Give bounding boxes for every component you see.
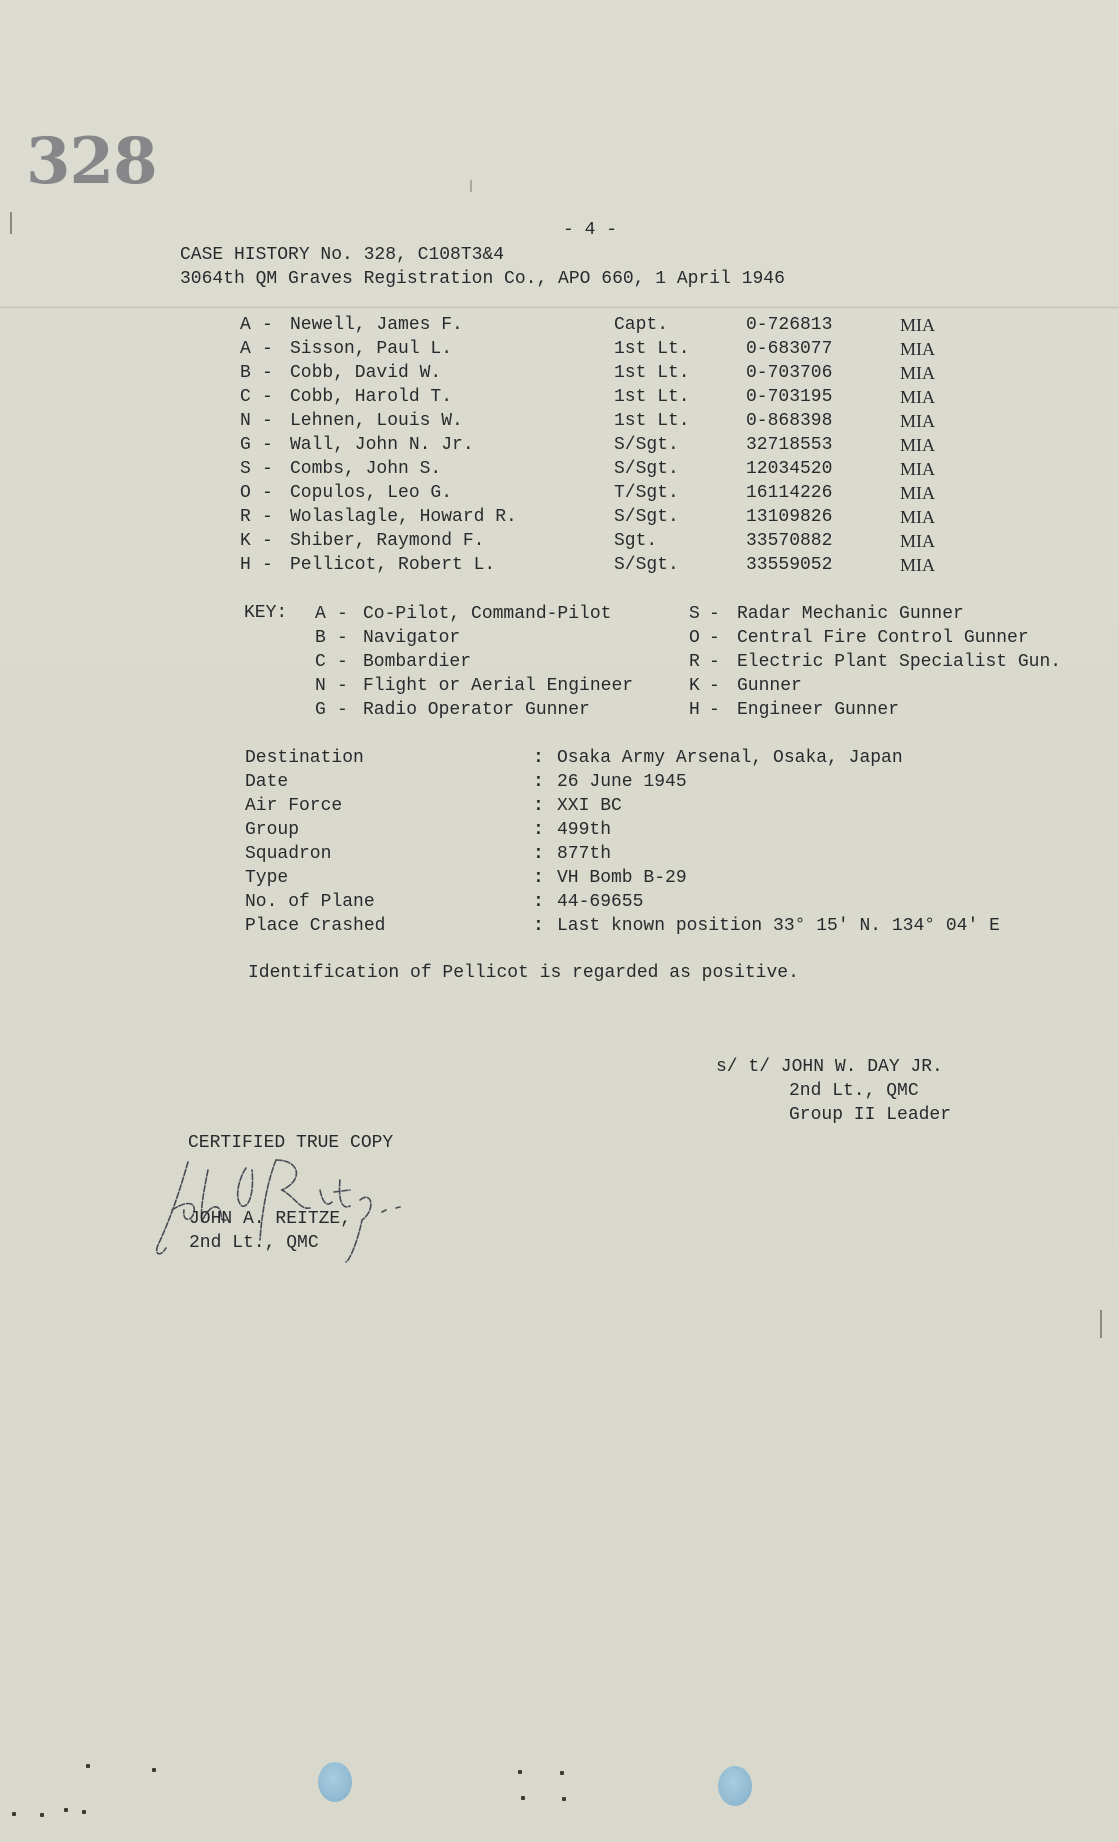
crew-rank: 1st Lt. (614, 387, 690, 407)
dash: - (262, 315, 273, 335)
crew-rank: 1st Lt. (614, 363, 690, 383)
crew-row: H- Pellicot, Robert L. S/Sgt. 33559052 M… (240, 555, 960, 579)
dash: - (262, 411, 273, 431)
crew-name: Wolaslagle, Howard R. (290, 507, 517, 527)
key-desc: Bombardier (363, 652, 471, 672)
paper-speck (521, 1796, 525, 1800)
crew-name: Combs, John S. (290, 459, 441, 479)
crew-serial: 0-703706 (746, 363, 832, 383)
crew-role-code: C (240, 387, 251, 407)
detail-separator: : (533, 892, 544, 912)
dash: - (262, 555, 273, 575)
dash: - (337, 628, 348, 648)
key-label: KEY: (244, 604, 287, 622)
paper-speck (518, 1770, 522, 1774)
key-desc: Radar Mechanic Gunner (737, 604, 964, 624)
paper-speck (86, 1764, 90, 1768)
paper-speck (82, 1810, 86, 1814)
page-number: - 4 - (563, 221, 617, 239)
crew-rank: S/Sgt. (614, 459, 679, 479)
key-desc: Engineer Gunner (737, 700, 899, 720)
key-item: G-Radio Operator Gunner (315, 700, 337, 740)
crew-name: Cobb, Harold T. (290, 387, 452, 407)
crew-role-code: R (240, 507, 251, 527)
crew-role-code: G (240, 435, 251, 455)
crew-row: O- Copulos, Leo G. T/Sgt. 16114226 MIA (240, 483, 960, 507)
detail-row-squadron: Squadron : 877th (245, 844, 1065, 868)
key-code: B (315, 628, 326, 648)
detail-label: Squadron (245, 844, 331, 864)
dash: - (262, 531, 273, 551)
detail-value: 877th (557, 844, 611, 864)
key-desc: Electric Plant Specialist Gun. (737, 652, 1061, 672)
paper-speck (40, 1813, 44, 1817)
key-desc: Radio Operator Gunner (363, 700, 590, 720)
crew-row: A- Sisson, Paul L. 1st Lt. 0-683077 MIA (240, 339, 960, 363)
margin-mark (470, 180, 472, 192)
case-stamp-number: 328 (26, 124, 157, 199)
crew-serial: 0-868398 (746, 411, 832, 431)
detail-label: Place Crashed (245, 916, 385, 936)
crew-serial: 0-683077 (746, 339, 832, 359)
crew-status: MIA (900, 459, 935, 480)
dash: - (337, 700, 348, 720)
crew-row: K- Shiber, Raymond F. Sgt. 33570882 MIA (240, 531, 960, 555)
signatory-title: Group II Leader (789, 1106, 951, 1124)
crew-rank: Capt. (614, 315, 668, 335)
crew-role-code: H (240, 555, 251, 575)
key-code: R (689, 652, 700, 672)
detail-value: Osaka Army Arsenal, Osaka, Japan (557, 748, 903, 768)
detail-row-type: Type : VH Bomb B-29 (245, 868, 1065, 892)
crew-rank: Sgt. (614, 531, 657, 551)
crew-serial: 0-726813 (746, 315, 832, 335)
dash: - (709, 700, 720, 720)
crew-row: S- Combs, John S. S/Sgt. 12034520 MIA (240, 459, 960, 483)
crew-role-code: A (240, 339, 251, 359)
punch-hole-right (718, 1766, 752, 1806)
crew-row: G- Wall, John N. Jr. S/Sgt. 32718553 MIA (240, 435, 960, 459)
crew-serial: 33559052 (746, 555, 832, 575)
crew-name: Newell, James F. (290, 315, 463, 335)
paper-fold-line (0, 306, 1119, 309)
detail-value: 26 June 1945 (557, 772, 687, 792)
crew-serial: 12034520 (746, 459, 832, 479)
detail-separator: : (533, 820, 544, 840)
detail-value: Last known position 33° 15' N. 134° 04' … (557, 916, 1000, 936)
crew-row: C- Cobb, Harold T. 1st Lt. 0-703195 MIA (240, 387, 960, 411)
paper-speck (152, 1768, 156, 1772)
signatory-rank: 2nd Lt., QMC (789, 1082, 919, 1100)
crew-role-code: S (240, 459, 251, 479)
detail-row-destination: Destination : Osaka Army Arsenal, Osaka,… (245, 748, 1065, 772)
crew-status: MIA (900, 435, 935, 456)
crew-name: Pellicot, Robert L. (290, 555, 495, 575)
detail-separator: : (533, 748, 544, 768)
identification-note: Identification of Pellicot is regarded a… (248, 964, 799, 982)
crew-rank: S/Sgt. (614, 507, 679, 527)
crew-status: MIA (900, 507, 935, 528)
detail-separator: : (533, 796, 544, 816)
detail-label: Type (245, 868, 288, 888)
key-desc: Flight or Aerial Engineer (363, 676, 633, 696)
dash: - (337, 604, 348, 624)
crew-rank: 1st Lt. (614, 339, 690, 359)
crew-status: MIA (900, 363, 935, 384)
punch-hole-left (318, 1762, 352, 1802)
crew-row: B- Cobb, David W. 1st Lt. 0-703706 MIA (240, 363, 960, 387)
detail-value: 499th (557, 820, 611, 840)
dash: - (337, 652, 348, 672)
detail-separator: : (533, 772, 544, 792)
dash: - (709, 652, 720, 672)
crew-status: MIA (900, 387, 935, 408)
crew-serial: 32718553 (746, 435, 832, 455)
dash: - (262, 459, 273, 479)
key-code: K (689, 676, 700, 696)
paper-speck (64, 1808, 68, 1812)
paper-speck (560, 1771, 564, 1775)
margin-mark (10, 212, 12, 234)
key-desc: Co-Pilot, Command-Pilot (363, 604, 611, 624)
key-desc: Navigator (363, 628, 460, 648)
detail-row-air-force: Air Force : XXI BC (245, 796, 1065, 820)
dash: - (262, 507, 273, 527)
dash: - (262, 339, 273, 359)
key-desc: Gunner (737, 676, 802, 696)
detail-separator: : (533, 868, 544, 888)
detail-row-group: Group : 499th (245, 820, 1065, 844)
crew-serial: 16114226 (746, 483, 832, 503)
case-history-title: CASE HISTORY No. 328, C108T3&4 (180, 246, 504, 264)
dash: - (709, 628, 720, 648)
crew-role-code: K (240, 531, 251, 551)
crew-role-code: O (240, 483, 251, 503)
crew-status: MIA (900, 411, 935, 432)
dash: - (262, 435, 273, 455)
crew-row: A- Newell, James F. Capt. 0-726813 MIA (240, 315, 960, 339)
crew-name: Copulos, Leo G. (290, 483, 452, 503)
crew-name: Cobb, David W. (290, 363, 441, 383)
dash: - (337, 676, 348, 696)
detail-label: Air Force (245, 796, 342, 816)
crew-name: Lehnen, Louis W. (290, 411, 463, 431)
key-code: N (315, 676, 326, 696)
crew-rank: T/Sgt. (614, 483, 679, 503)
crew-serial: 33570882 (746, 531, 832, 551)
unit-and-date-line: 3064th QM Graves Registration Co., APO 6… (180, 270, 785, 288)
key-item: H-Engineer Gunner (689, 700, 711, 740)
crew-role-code: N (240, 411, 251, 431)
detail-value: XXI BC (557, 796, 622, 816)
crew-status: MIA (900, 339, 935, 360)
key-code: A (315, 604, 326, 624)
crew-rank: S/Sgt. (614, 435, 679, 455)
detail-row-date: Date : 26 June 1945 (245, 772, 1065, 796)
key-code: H (689, 700, 700, 720)
detail-separator: : (533, 844, 544, 864)
crew-serial: 0-703195 (746, 387, 832, 407)
paper-speck (562, 1797, 566, 1801)
crew-name: Wall, John N. Jr. (290, 435, 474, 455)
certifier-name: JOHN A. REITZE, (189, 1210, 351, 1228)
detail-label: Destination (245, 748, 364, 768)
dash: - (709, 604, 720, 624)
crew-status: MIA (900, 483, 935, 504)
key-code: S (689, 604, 700, 624)
key-code: C (315, 652, 326, 672)
crew-name: Sisson, Paul L. (290, 339, 452, 359)
key-desc: Central Fire Control Gunner (737, 628, 1029, 648)
crew-role-code: A (240, 315, 251, 335)
certifier-rank: 2nd Lt., QMC (189, 1234, 319, 1252)
paper-speck (12, 1812, 16, 1816)
crew-rank: 1st Lt. (614, 411, 690, 431)
crew-row: R- Wolaslagle, Howard R. S/Sgt. 13109826… (240, 507, 960, 531)
crew-serial: 13109826 (746, 507, 832, 527)
crew-role-code: B (240, 363, 251, 383)
detail-row-place-crashed: Place Crashed : Last known position 33° … (245, 916, 1065, 940)
key-code: G (315, 700, 326, 720)
dash: - (262, 483, 273, 503)
crew-row: N- Lehnen, Louis W. 1st Lt. 0-868398 MIA (240, 411, 960, 435)
detail-value: 44-69655 (557, 892, 643, 912)
detail-value: VH Bomb B-29 (557, 868, 687, 888)
crew-name: Shiber, Raymond F. (290, 531, 484, 551)
crew-status: MIA (900, 555, 935, 576)
crew-rank: S/Sgt. (614, 555, 679, 575)
detail-label: Date (245, 772, 288, 792)
detail-row-plane-number: No. of Plane : 44-69655 (245, 892, 1065, 916)
dash: - (262, 363, 273, 383)
detail-label: Group (245, 820, 299, 840)
margin-mark (1100, 1310, 1102, 1338)
dash: - (709, 676, 720, 696)
signatory-name: s/ t/ JOHN W. DAY JR. (716, 1058, 943, 1076)
crew-status: MIA (900, 531, 935, 552)
key-code: O (689, 628, 700, 648)
detail-label: No. of Plane (245, 892, 375, 912)
dash: - (262, 387, 273, 407)
crew-status: MIA (900, 315, 935, 336)
detail-separator: : (533, 916, 544, 936)
